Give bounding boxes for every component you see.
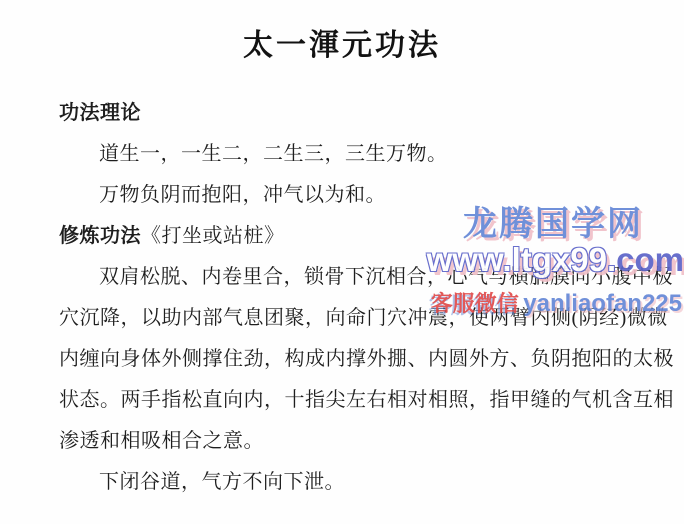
watermark-url-prefix: www.ltgx99.: [427, 241, 617, 278]
practice-paragraph-line-4: 状态。两手指松直向内，十指尖左右相对相照，指甲缝的气机含互相: [59, 380, 644, 421]
watermark-wechat-id: yanliaofan225: [523, 290, 682, 317]
practice-heading-bold: 修炼功法: [59, 225, 141, 247]
watermark-wechat-label: 客服微信: [431, 291, 519, 316]
watermark-service-contact: 客服微信 yanliaofan225: [431, 287, 682, 318]
closing-line: 下闭谷道，气方不向下泄。: [59, 462, 644, 503]
watermark-url-suffix: com: [616, 241, 684, 278]
section-heading-theory: 功法理论: [59, 93, 644, 134]
watermark-site-url: www.ltgx99.com: [427, 241, 684, 279]
practice-paragraph-line-5: 渗透和相吸相合之意。: [59, 421, 644, 462]
watermark-site-name: 龙腾国学网: [463, 196, 643, 245]
document-title: 太一渾元功法: [0, 0, 684, 64]
practice-heading-note: 《打坐或站桩》: [141, 225, 285, 247]
theory-line-1: 道生一，一生二，二生三，三生万物。: [59, 134, 644, 175]
scanned-document-page: 太一渾元功法 功法理论 道生一，一生二，二生三，三生万物。 万物负阴而抱阳，冲气…: [0, 0, 684, 524]
practice-paragraph-line-3: 内缠向身体外侧撑住劲，构成内撑外掤、内圆外方、负阴抱阳的太极: [59, 339, 644, 380]
